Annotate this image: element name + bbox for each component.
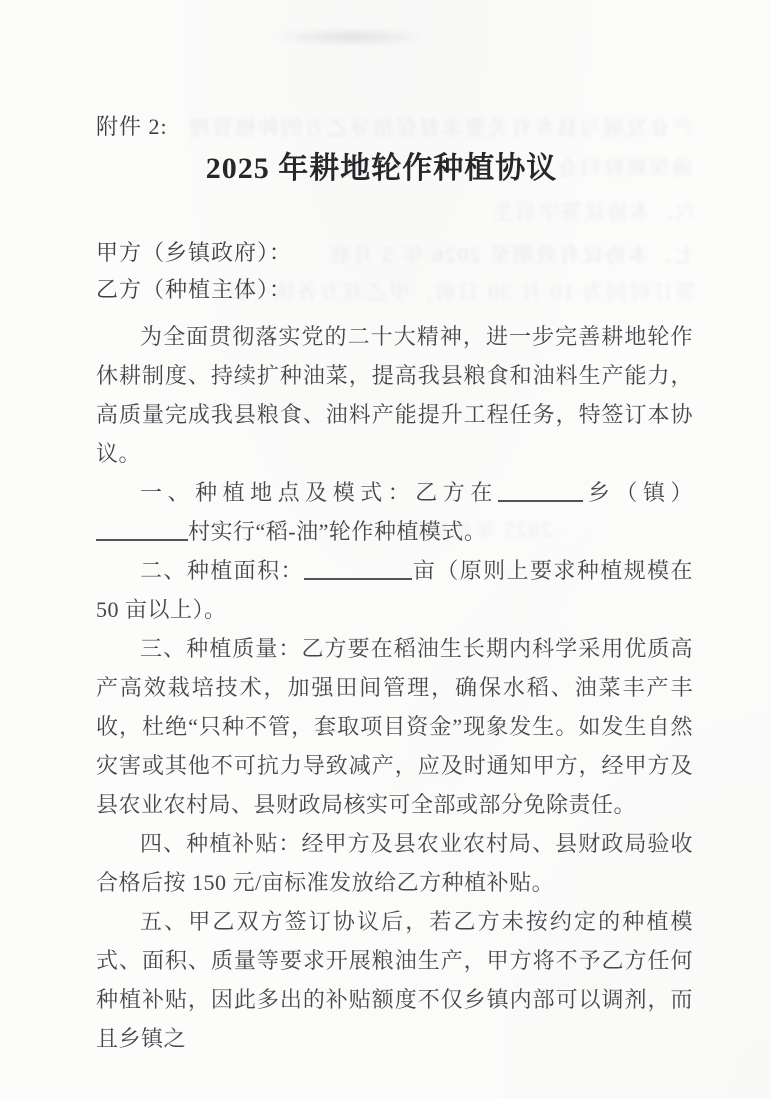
clause-1-mid: 乡（镇） xyxy=(583,480,693,505)
bleed-through-text: 七、本协议有效期至 2026 年 5 月底 xyxy=(283,239,695,269)
clause-paragraph-2: 二、种植面积：亩（原则上要求种植规模在 50 亩以上）。 xyxy=(96,551,693,629)
clause-5-text: 五、甲乙双方签订协议后，若乙方未按约定的种植模式、面积、质量等要求开展粮油生产，… xyxy=(96,909,693,1051)
intro-text: 为全面贯彻落实党的二十大精神，进一步完善耕地轮作休耕制度、持续扩种油菜，提高我县… xyxy=(96,324,693,466)
clause-3-text: 三、种植质量：乙方要在稻油生长期内科学采用优质高产高效栽培技术，加强田间管理，确… xyxy=(96,636,693,817)
party-b-line: 乙方（种植主体）： xyxy=(96,273,292,304)
fill-in-blank-town xyxy=(498,480,583,502)
document-title: 2025 年耕地轮作种植协议 xyxy=(0,143,763,187)
clause-4-text: 四、种植补贴：经甲方及县农业农村局、县财政局验收合格后按 150 元/亩标准发放… xyxy=(96,831,693,895)
attachment-label: 附件 2: xyxy=(96,110,168,141)
clause-paragraph-3: 三、种植质量：乙方要在稻油生长期内科学采用优质高产高效栽培技术，加强田间管理，确… xyxy=(96,629,693,824)
clause-paragraph-5: 五、甲乙双方签订协议后，若乙方未按约定的种植模式、面积、质量等要求开展粮油生产，… xyxy=(96,902,693,1058)
clause-paragraph-4: 四、种植补贴：经甲方及县农业农村局、县财政局验收合格后按 150 元/亩标准发放… xyxy=(96,824,693,902)
clause-1-pre: 一、种植地点及模式：乙方在 xyxy=(140,480,498,505)
clause-1-post: 村实行“稻-油”轮作种植模式。 xyxy=(188,519,486,544)
bleed-through-text: 产业发展与县乡有关要求督促指导乙方的种植管理情况 xyxy=(185,112,693,142)
scanned-document-page: 产业发展与县乡有关要求督促指导乙方的种植管理情况 确保颗粒归仓 六、本协议签字后… xyxy=(0,0,771,1099)
bleed-through-text: 六、本协议签字后生效 xyxy=(492,196,697,226)
fill-in-blank-village xyxy=(96,519,188,541)
fill-in-blank-area xyxy=(304,558,412,580)
clause-paragraph-1: 一、种植地点及模式：乙方在乡（镇）村实行“稻-油”轮作种植模式。 xyxy=(96,473,693,551)
clause-2-pre: 二、种植面积： xyxy=(140,558,304,583)
party-a-line: 甲方（乡镇政府）： xyxy=(96,236,292,267)
scan-smudge xyxy=(268,27,433,47)
intro-paragraph: 为全面贯彻落实党的二十大精神，进一步完善耕地轮作休耕制度、持续扩种油菜，提高我县… xyxy=(96,317,693,473)
document-body: 为全面贯彻落实党的二十大精神，进一步完善耕地轮作休耕制度、持续扩种油菜，提高我县… xyxy=(96,317,693,1058)
